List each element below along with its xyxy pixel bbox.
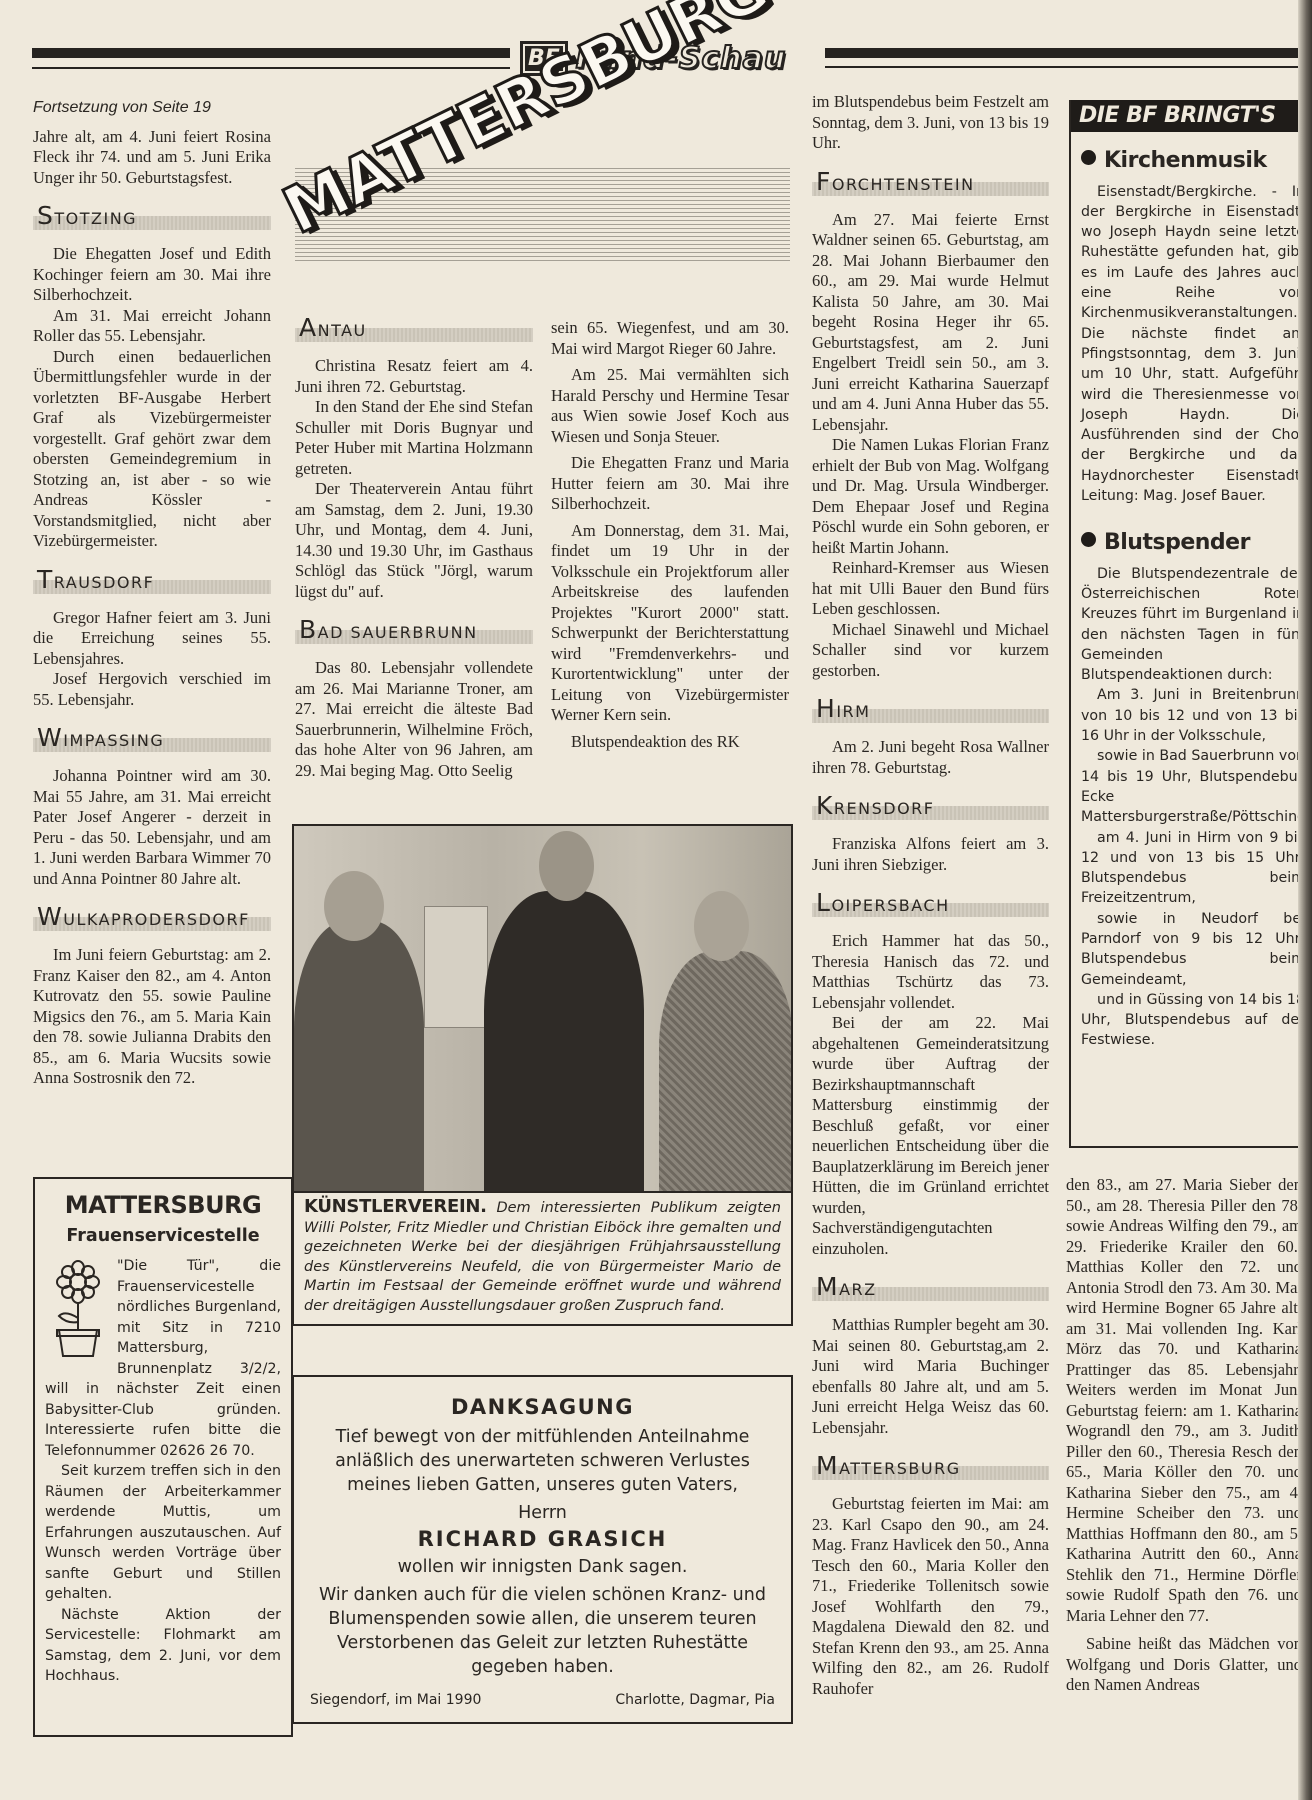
photo-caption: KÜNSTLERVEREIN. Dem interessierten Publi…	[292, 1191, 793, 1326]
bullet-icon	[1081, 532, 1096, 547]
photo-face-left	[324, 871, 384, 941]
article-paragraph: Geburtstag feierten im Mai: am 23. Karl …	[812, 1494, 1049, 1699]
column-5: den 83., am 27. Maria Sieber den 50., am…	[1066, 1175, 1302, 1696]
item-paragraph: am 4. Juni in Hirm von 9 bis 12 und von …	[1081, 828, 1305, 909]
article-paragraph: Erich Hammer hat das 50., Theresia Hanis…	[812, 931, 1049, 1013]
notice-body-2: Wir danken auch für die vielen schönen K…	[308, 1583, 777, 1679]
article-paragraph: Am 2. Juni begeht Rosa Wallner ihren 78.…	[812, 737, 1049, 778]
column-2: Antau Christina Resatz feiert am 4. Juni…	[295, 310, 533, 781]
article-paragraph: Am Donnerstag, dem 31. Mai, findet um 19…	[551, 521, 789, 726]
bullet-icon	[1081, 150, 1096, 165]
deceased-name: RICHARD GRASICH	[294, 1527, 791, 1551]
item-paragraph: Eisenstadt/Bergkirche. - In der Bergkirc…	[1081, 182, 1305, 507]
article-paragraph: Reinhard-Kremser aus Wiesen hat mit Ulli…	[812, 558, 1049, 620]
box-title: MATTERSBURG	[45, 1195, 281, 1216]
notice-signatories: Charlotte, Dagmar, Pia	[615, 1692, 775, 1708]
article-paragraph: Im Juni feiern Geburtstag: am 2. Franz K…	[33, 945, 271, 1089]
section-heading-stotzing: Stotzing	[33, 206, 271, 232]
header-rule-left	[32, 48, 510, 58]
photo-face-center	[539, 831, 594, 901]
continuation-note: Fortsetzung von Seite 19	[33, 98, 271, 119]
box-paragraph: Nächste Aktion der Servicestelle: Flohma…	[45, 1605, 281, 1687]
mattersburg-masthead: MATTERSBURG	[295, 95, 795, 310]
photo-person-right	[659, 951, 793, 1191]
section-heading-hirm: Hirm	[812, 699, 1049, 725]
item-paragraph: und in Güssing von 14 bis 18 Uhr, Blutsp…	[1081, 990, 1305, 1051]
frauenservice-box: MATTERSBURG Frauenservicestelle "Die Tür…	[33, 1177, 293, 1737]
article-paragraph: den 83., am 27. Maria Sieber den 50., am…	[1066, 1175, 1302, 1626]
photo-person-left	[294, 921, 424, 1191]
section-heading-loipersbach: Loipersbach	[812, 893, 1049, 919]
item-paragraph: Die Blutspendezentrale des Österreichisc…	[1081, 564, 1305, 686]
article-paragraph: Die Ehegatten Franz und Maria Hutter fei…	[551, 453, 789, 515]
notice-thanks: wollen wir innigsten Dank sagen.	[294, 1557, 791, 1577]
article-paragraph: Am 31. Mai erreicht Johann Roller das 55…	[33, 306, 271, 347]
article-paragraph: Der Theaterverein Antau führt am Samstag…	[295, 479, 533, 602]
box-subtitle: Frauenservicestelle	[45, 1226, 281, 1247]
article-paragraph: im Blutspendebus beim Festzelt am Sonnta…	[812, 92, 1049, 154]
article-paragraph: Josef Hergovich verschied im 55. Lebensj…	[33, 669, 271, 710]
column-1: Fortsetzung von Seite 19 Jahre alt, am 4…	[33, 98, 271, 1089]
article-paragraph: Durch einen bedauerlichen Übermittlungsf…	[33, 347, 271, 552]
article-paragraph: Johanna Pointner wird am 30. Mai 55 Jahr…	[33, 766, 271, 889]
notice-body: Tief bewegt von der mitfühlenden Anteiln…	[308, 1425, 777, 1497]
article-paragraph: Christina Resatz feiert am 4. Juni ihren…	[295, 356, 533, 397]
article-paragraph: Michael Sinawehl und Michael Schaller si…	[812, 620, 1049, 682]
newspaper-page: BF Rund-Schau Fortsetzung von Seite 19 J…	[0, 0, 1312, 1800]
article-paragraph: Gregor Hafner feiert am 3. Juni die Erre…	[33, 608, 271, 670]
bf-bringts-box: DIE BF BRINGT'S Kirchenmusik Eisenstadt/…	[1069, 100, 1311, 1146]
box-paragraph: Seit kurzem treffen sich in den Räumen d…	[45, 1461, 281, 1605]
notice-honorific: Herrn	[294, 1503, 791, 1523]
section-heading-trausdorf: Trausdorf	[33, 570, 271, 596]
section-heading-wimpassing: Wimpassing	[33, 728, 271, 754]
header-thin-rule-right	[825, 66, 1312, 68]
photo-artwork	[424, 906, 488, 1028]
section-heading-antau: Antau	[295, 318, 533, 344]
article-paragraph: sein 65. Wiegenfest, und am 30. Mai wird…	[551, 318, 789, 359]
caption-text: Dem interessierten Publikum zeigten Will…	[304, 1200, 781, 1314]
article-paragraph: Am 25. Mai vermählten sich Harald Persch…	[551, 365, 789, 447]
header-thin-rule-left	[32, 67, 510, 69]
box-bottom-rule	[1069, 1146, 1311, 1148]
article-paragraph: In den Stand der Ehe sind Stefan Schulle…	[295, 397, 533, 479]
item-paragraph: Am 3. Juni in Breitenbrunn von 10 bis 12…	[1081, 685, 1305, 746]
item-heading-blutspender: Blutspender	[1081, 532, 1311, 553]
article-paragraph: Bei der am 22. Mai abgehaltenen Gemeinde…	[812, 1013, 1049, 1259]
photo-person-center	[484, 891, 644, 1191]
column-4: im Blutspendebus beim Festzelt am Sonnta…	[812, 92, 1049, 1699]
article-paragraph: Die Namen Lukas Florian Franz erhielt de…	[812, 435, 1049, 558]
section-heading-marz: Marz	[812, 1277, 1049, 1303]
section-heading-bad-sauerbrunn: Bad Sauerbrunn	[295, 620, 533, 646]
article-paragraph: Jahre alt, am 4. Juni feiert Rosina Flec…	[33, 127, 271, 189]
article-paragraph: Franziska Alfons feiert am 3. Juni ihren…	[812, 834, 1049, 875]
column-3: sein 65. Wiegenfest, und am 30. Mai wird…	[551, 318, 789, 752]
header-rule-right	[825, 48, 1312, 58]
press-photo	[292, 824, 793, 1193]
section-heading-krensdorf: Krensdorf	[812, 796, 1049, 822]
box-banner: DIE BF BRINGT'S	[1071, 100, 1311, 132]
section-heading-mattersburg: Mattersburg	[812, 1456, 1049, 1482]
flower-pot-icon	[45, 1260, 111, 1360]
danksagung-notice: DANKSAGUNG Tief bewegt von der mitfühlen…	[292, 1375, 793, 1724]
article-paragraph: Sabine heißt das Mädchen von Wolfgang un…	[1066, 1634, 1302, 1696]
section-heading-wulkaprodersdorf: Wulkaprodersdorf	[33, 907, 271, 933]
article-paragraph: Das 80. Lebensjahr vollendete am 26. Mai…	[295, 658, 533, 781]
photo-face-right	[694, 891, 749, 961]
notice-heading: DANKSAGUNG	[294, 1395, 791, 1419]
item-paragraph: sowie in Bad Sauerbrunn von 14 bis 19 Uh…	[1081, 746, 1305, 827]
item-paragraph: sowie in Neudorf bei Parndorf von 9 bis …	[1081, 909, 1305, 990]
article-paragraph: Am 27. Mai feierte Ernst Waldner seinen …	[812, 210, 1049, 436]
notice-place-date: Siegendorf, im Mai 1990	[310, 1692, 481, 1708]
article-paragraph: Blutspendeaktion des RK	[551, 732, 789, 753]
caption-lead: KÜNSTLERVEREIN.	[304, 1196, 487, 1217]
section-heading-forchtenstein: Forchtenstein	[812, 172, 1049, 198]
page-edge-shadow	[1298, 0, 1312, 1800]
article-paragraph: Matthias Rumpler begeht am 30. Mai seine…	[812, 1315, 1049, 1438]
item-heading-kirchenmusik: Kirchenmusik	[1081, 150, 1311, 171]
article-paragraph: Die Ehegatten Josef und Edith Kochinger …	[33, 244, 271, 306]
